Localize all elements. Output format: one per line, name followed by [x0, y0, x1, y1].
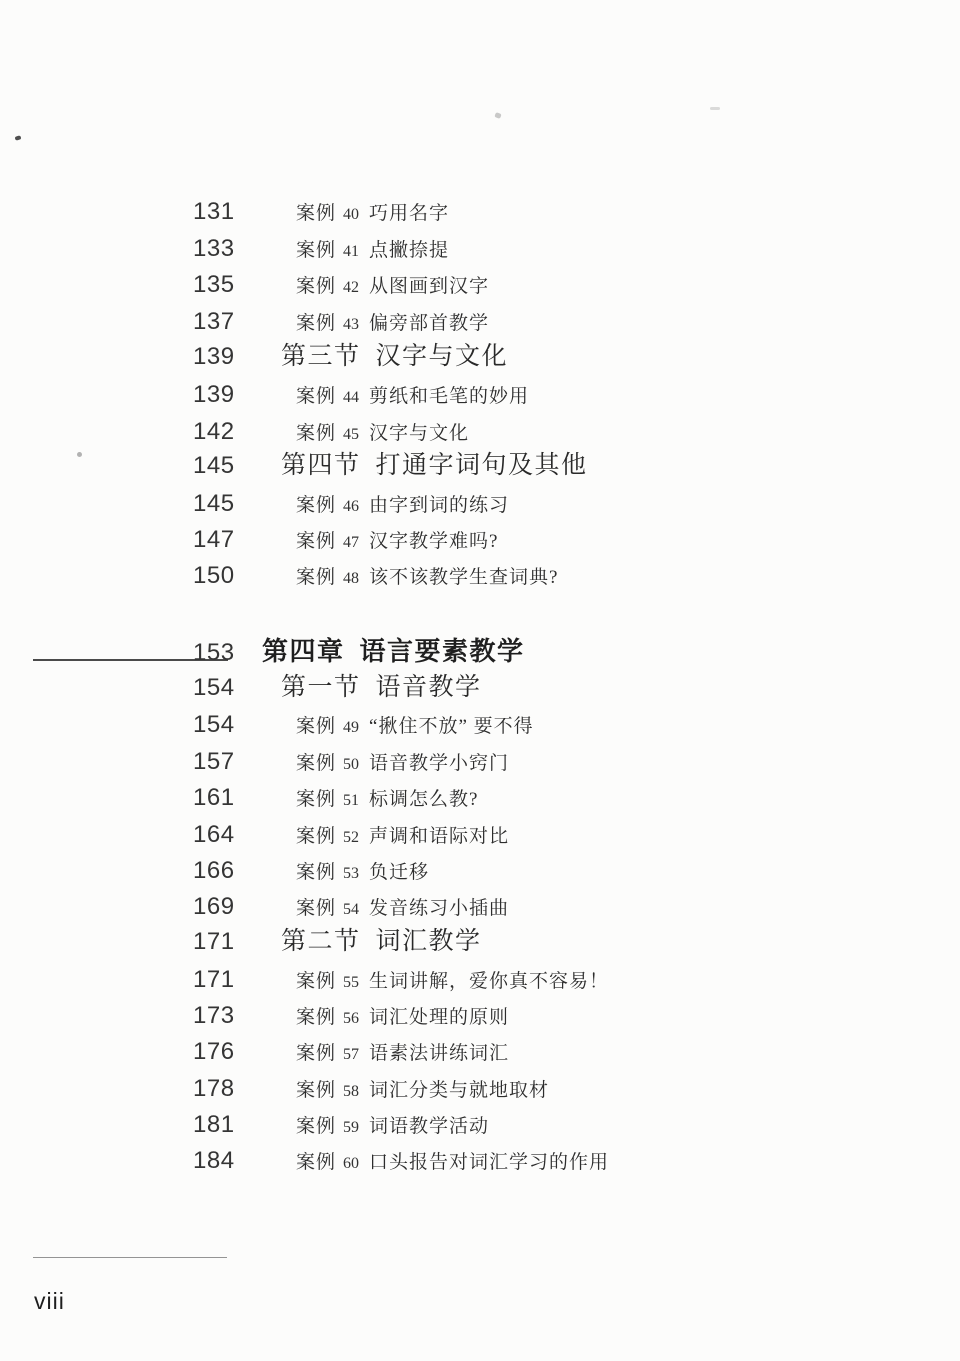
case-prefix: 案例: [296, 1007, 336, 1028]
toc-entry-case-48: 150 案例48该不该教学生查词典?: [193, 561, 558, 591]
section-label: 第三节: [281, 343, 361, 370]
case-title: 剪纸和毛笔的妙用: [369, 386, 529, 407]
entry-text: 案例46由字到词的练习: [296, 494, 509, 518]
entry-text: 案例56词汇处理的原则: [296, 1006, 509, 1030]
section-title: 汉字与文化: [376, 343, 509, 370]
case-title: 声调和语际对比: [369, 826, 509, 847]
case-prefix: 案例: [296, 826, 336, 847]
page-number: 145: [193, 489, 296, 519]
case-prefix: 案例: [296, 753, 336, 774]
case-prefix: 案例: [296, 1080, 336, 1101]
book-toc-page: 131 案例40巧用名字 133 案例41点撇捺提 135 案例42从图画到汉字…: [0, 0, 960, 1361]
entry-text: 案例44剪纸和毛笔的妙用: [296, 385, 529, 409]
entry-text: 案例52声调和语际对比: [296, 825, 509, 849]
page-number: 171: [193, 927, 281, 957]
case-prefix: 案例: [296, 313, 336, 334]
toc-entry-case-57: 176 案例57语素法讲练词汇: [193, 1037, 509, 1067]
page-number: 171: [193, 965, 296, 995]
case-number: 57: [343, 1046, 359, 1063]
case-prefix: 案例: [296, 1152, 336, 1173]
page-number: 142: [193, 417, 296, 447]
entry-text: 案例60口头报告对词汇学习的作用: [296, 1151, 609, 1175]
entry-text: 案例47汉字教学难吗?: [296, 530, 498, 554]
case-prefix: 案例: [296, 531, 336, 552]
toc-entry-case-53: 166 案例53负迁移: [193, 856, 429, 886]
case-title: 该不该教学生查词典?: [369, 567, 558, 588]
toc-entry-case-52: 164 案例52声调和语际对比: [193, 820, 509, 850]
toc-entry-case-55: 171 案例55生词讲解，爱你真不容易！: [193, 965, 609, 995]
case-title: 词汇处理的原则: [369, 1007, 509, 1028]
case-prefix: 案例: [296, 203, 336, 224]
page-number: 154: [193, 710, 296, 740]
case-number: 47: [343, 534, 359, 551]
page-number: 153: [193, 638, 262, 668]
case-number: 40: [343, 206, 359, 223]
toc-entry-case-47: 147 案例47汉字教学难吗?: [193, 525, 498, 555]
toc-entry-case-58: 178 案例58词汇分类与就地取材: [193, 1074, 549, 1104]
case-prefix: 案例: [296, 567, 336, 588]
toc-entry-chapter-4: 153 第四章语言要素教学: [193, 636, 525, 669]
page-number: 145: [193, 451, 281, 481]
section-title: 打通字词句及其他: [376, 452, 588, 479]
section-label: 第二节: [281, 928, 361, 955]
toc-entry-section-3: 139 第三节汉字与文化: [193, 341, 508, 372]
case-title: 词汇分类与就地取材: [369, 1080, 549, 1101]
case-prefix: 案例: [296, 1116, 336, 1137]
toc-entry-case-45: 142 案例45汉字与文化: [193, 417, 469, 447]
case-number: 59: [343, 1119, 359, 1136]
toc-entry-case-41: 133 案例41点撇捺提: [193, 234, 449, 264]
case-number: 51: [343, 792, 359, 809]
page-number: 131: [193, 197, 296, 227]
case-title: 语素法讲练词汇: [369, 1043, 509, 1064]
case-number: 52: [343, 829, 359, 846]
case-title: 点撇捺提: [369, 240, 449, 261]
toc-entry-case-40: 131 案例40巧用名字: [193, 197, 449, 227]
toc-entry-section-2: 171 第二节词汇教学: [193, 926, 482, 957]
case-prefix: 案例: [296, 971, 336, 992]
case-number: 50: [343, 756, 359, 773]
toc-entry-case-49: 154 案例49“揪住不放” 要不得: [193, 710, 534, 740]
case-title: 巧用名字: [369, 203, 449, 224]
toc-entry-case-42: 135 案例42从图画到汉字: [193, 270, 489, 300]
page-number: 139: [193, 380, 296, 410]
toc-entry-case-50: 157 案例50语音教学小窍门: [193, 747, 509, 777]
page-number: 154: [193, 673, 281, 703]
page-number: 181: [193, 1110, 296, 1140]
case-number: 56: [343, 1010, 359, 1027]
page-number: 169: [193, 892, 296, 922]
page-number: 139: [193, 342, 281, 372]
entry-text: 案例42从图画到汉字: [296, 275, 489, 299]
case-prefix: 案例: [296, 789, 336, 810]
folio-page-number: viii: [34, 1289, 65, 1314]
toc-entry-section-1: 154 第一节语音教学: [193, 672, 482, 703]
case-number: 42: [343, 279, 359, 296]
entry-text: 案例59词语教学活动: [296, 1115, 489, 1139]
case-title: 语音教学小窍门: [369, 753, 509, 774]
entry-text: 案例53负迁移: [296, 861, 429, 885]
case-title: 口头报告对词汇学习的作用: [369, 1152, 609, 1173]
case-prefix: 案例: [296, 240, 336, 261]
case-prefix: 案例: [296, 862, 336, 883]
entry-text: 案例55生词讲解，爱你真不容易！: [296, 970, 609, 994]
toc-entry-case-46: 145 案例46由字到词的练习: [193, 489, 509, 519]
case-number: 46: [343, 498, 359, 515]
toc-entry-section-4: 145 第四节打通字词句及其他: [193, 450, 588, 481]
page-number: 147: [193, 525, 296, 555]
scan-speck: [77, 452, 82, 457]
entry-text: 案例40巧用名字: [296, 202, 449, 226]
page-number: 176: [193, 1037, 296, 1067]
page-number: 178: [193, 1074, 296, 1104]
case-number: 49: [343, 719, 359, 736]
toc-entry-case-59: 181 案例59词语教学活动: [193, 1110, 489, 1140]
page-number: 184: [193, 1146, 296, 1176]
case-prefix: 案例: [296, 898, 336, 919]
case-title: 汉字与文化: [369, 423, 469, 444]
page-number: 164: [193, 820, 296, 850]
case-number: 53: [343, 865, 359, 882]
entry-text: 案例58词汇分类与就地取材: [296, 1079, 549, 1103]
page-number: 137: [193, 307, 296, 337]
page-number: 166: [193, 856, 296, 886]
page-number: 157: [193, 747, 296, 777]
case-title: 从图画到汉字: [369, 276, 489, 297]
section-label: 第四节: [281, 452, 361, 479]
entry-text: 第四节打通字词句及其他: [281, 450, 588, 481]
scan-speck: [710, 107, 720, 110]
case-title: 标调怎么教?: [369, 789, 478, 810]
case-prefix: 案例: [296, 716, 336, 737]
case-title: 由字到词的练习: [369, 495, 509, 516]
case-title: 负迁移: [369, 862, 429, 883]
toc-entry-case-54: 169 案例54发音练习小插曲: [193, 892, 509, 922]
entry-text: 案例41点撇捺提: [296, 239, 449, 263]
page-number: 161: [193, 783, 296, 813]
section-title: 词汇教学: [376, 928, 482, 955]
page-number: 135: [193, 270, 296, 300]
toc-entry-case-43: 137 案例43偏旁部首教学: [193, 307, 489, 337]
entry-text: 第二节词汇教学: [281, 926, 482, 957]
case-number: 44: [343, 389, 359, 406]
entry-text: 第四章语言要素教学: [262, 636, 525, 669]
entry-text: 案例45汉字与文化: [296, 422, 469, 446]
toc-entry-case-60: 184 案例60口头报告对词汇学习的作用: [193, 1146, 609, 1176]
case-title: 偏旁部首教学: [369, 313, 489, 334]
entry-text: 第一节语音教学: [281, 672, 482, 703]
case-number: 58: [343, 1083, 359, 1100]
case-prefix: 案例: [296, 495, 336, 516]
chapter-label: 第四章: [262, 637, 345, 666]
footer-rule: [33, 1257, 227, 1258]
entry-text: 案例48该不该教学生查词典?: [296, 566, 558, 590]
chapter-title: 语言要素教学: [360, 637, 525, 666]
case-number: 54: [343, 901, 359, 918]
toc-entry-case-56: 173 案例56词汇处理的原则: [193, 1001, 509, 1031]
entry-text: 案例50语音教学小窍门: [296, 752, 509, 776]
case-prefix: 案例: [296, 1043, 336, 1064]
page-number: 150: [193, 561, 296, 591]
entry-text: 案例51标调怎么教?: [296, 788, 478, 812]
scan-speck: [494, 112, 501, 119]
entry-text: 案例49“揪住不放” 要不得: [296, 715, 534, 739]
case-title: 汉字教学难吗?: [369, 531, 498, 552]
page-number: 173: [193, 1001, 296, 1031]
case-title: 发音练习小插曲: [369, 898, 509, 919]
case-number: 60: [343, 1155, 359, 1172]
case-number: 41: [343, 243, 359, 260]
entry-text: 案例54发音练习小插曲: [296, 897, 509, 921]
case-title: “揪住不放” 要不得: [369, 716, 534, 737]
case-number: 43: [343, 316, 359, 333]
page-number: 133: [193, 234, 296, 264]
entry-text: 案例43偏旁部首教学: [296, 312, 489, 336]
case-number: 55: [343, 974, 359, 991]
case-prefix: 案例: [296, 386, 336, 407]
entry-text: 第三节汉字与文化: [281, 341, 508, 372]
case-title: 生词讲解，爱你真不容易！: [369, 971, 609, 992]
case-prefix: 案例: [296, 423, 336, 444]
entry-text: 案例57语素法讲练词汇: [296, 1042, 509, 1066]
toc-entry-case-44: 139 案例44剪纸和毛笔的妙用: [193, 380, 529, 410]
section-title: 语音教学: [376, 674, 482, 701]
toc-entry-case-51: 161 案例51标调怎么教?: [193, 783, 478, 813]
case-prefix: 案例: [296, 276, 336, 297]
case-number: 45: [343, 426, 359, 443]
case-title: 词语教学活动: [369, 1116, 489, 1137]
section-label: 第一节: [281, 674, 361, 701]
scan-speck: [15, 135, 22, 140]
case-number: 48: [343, 570, 359, 587]
